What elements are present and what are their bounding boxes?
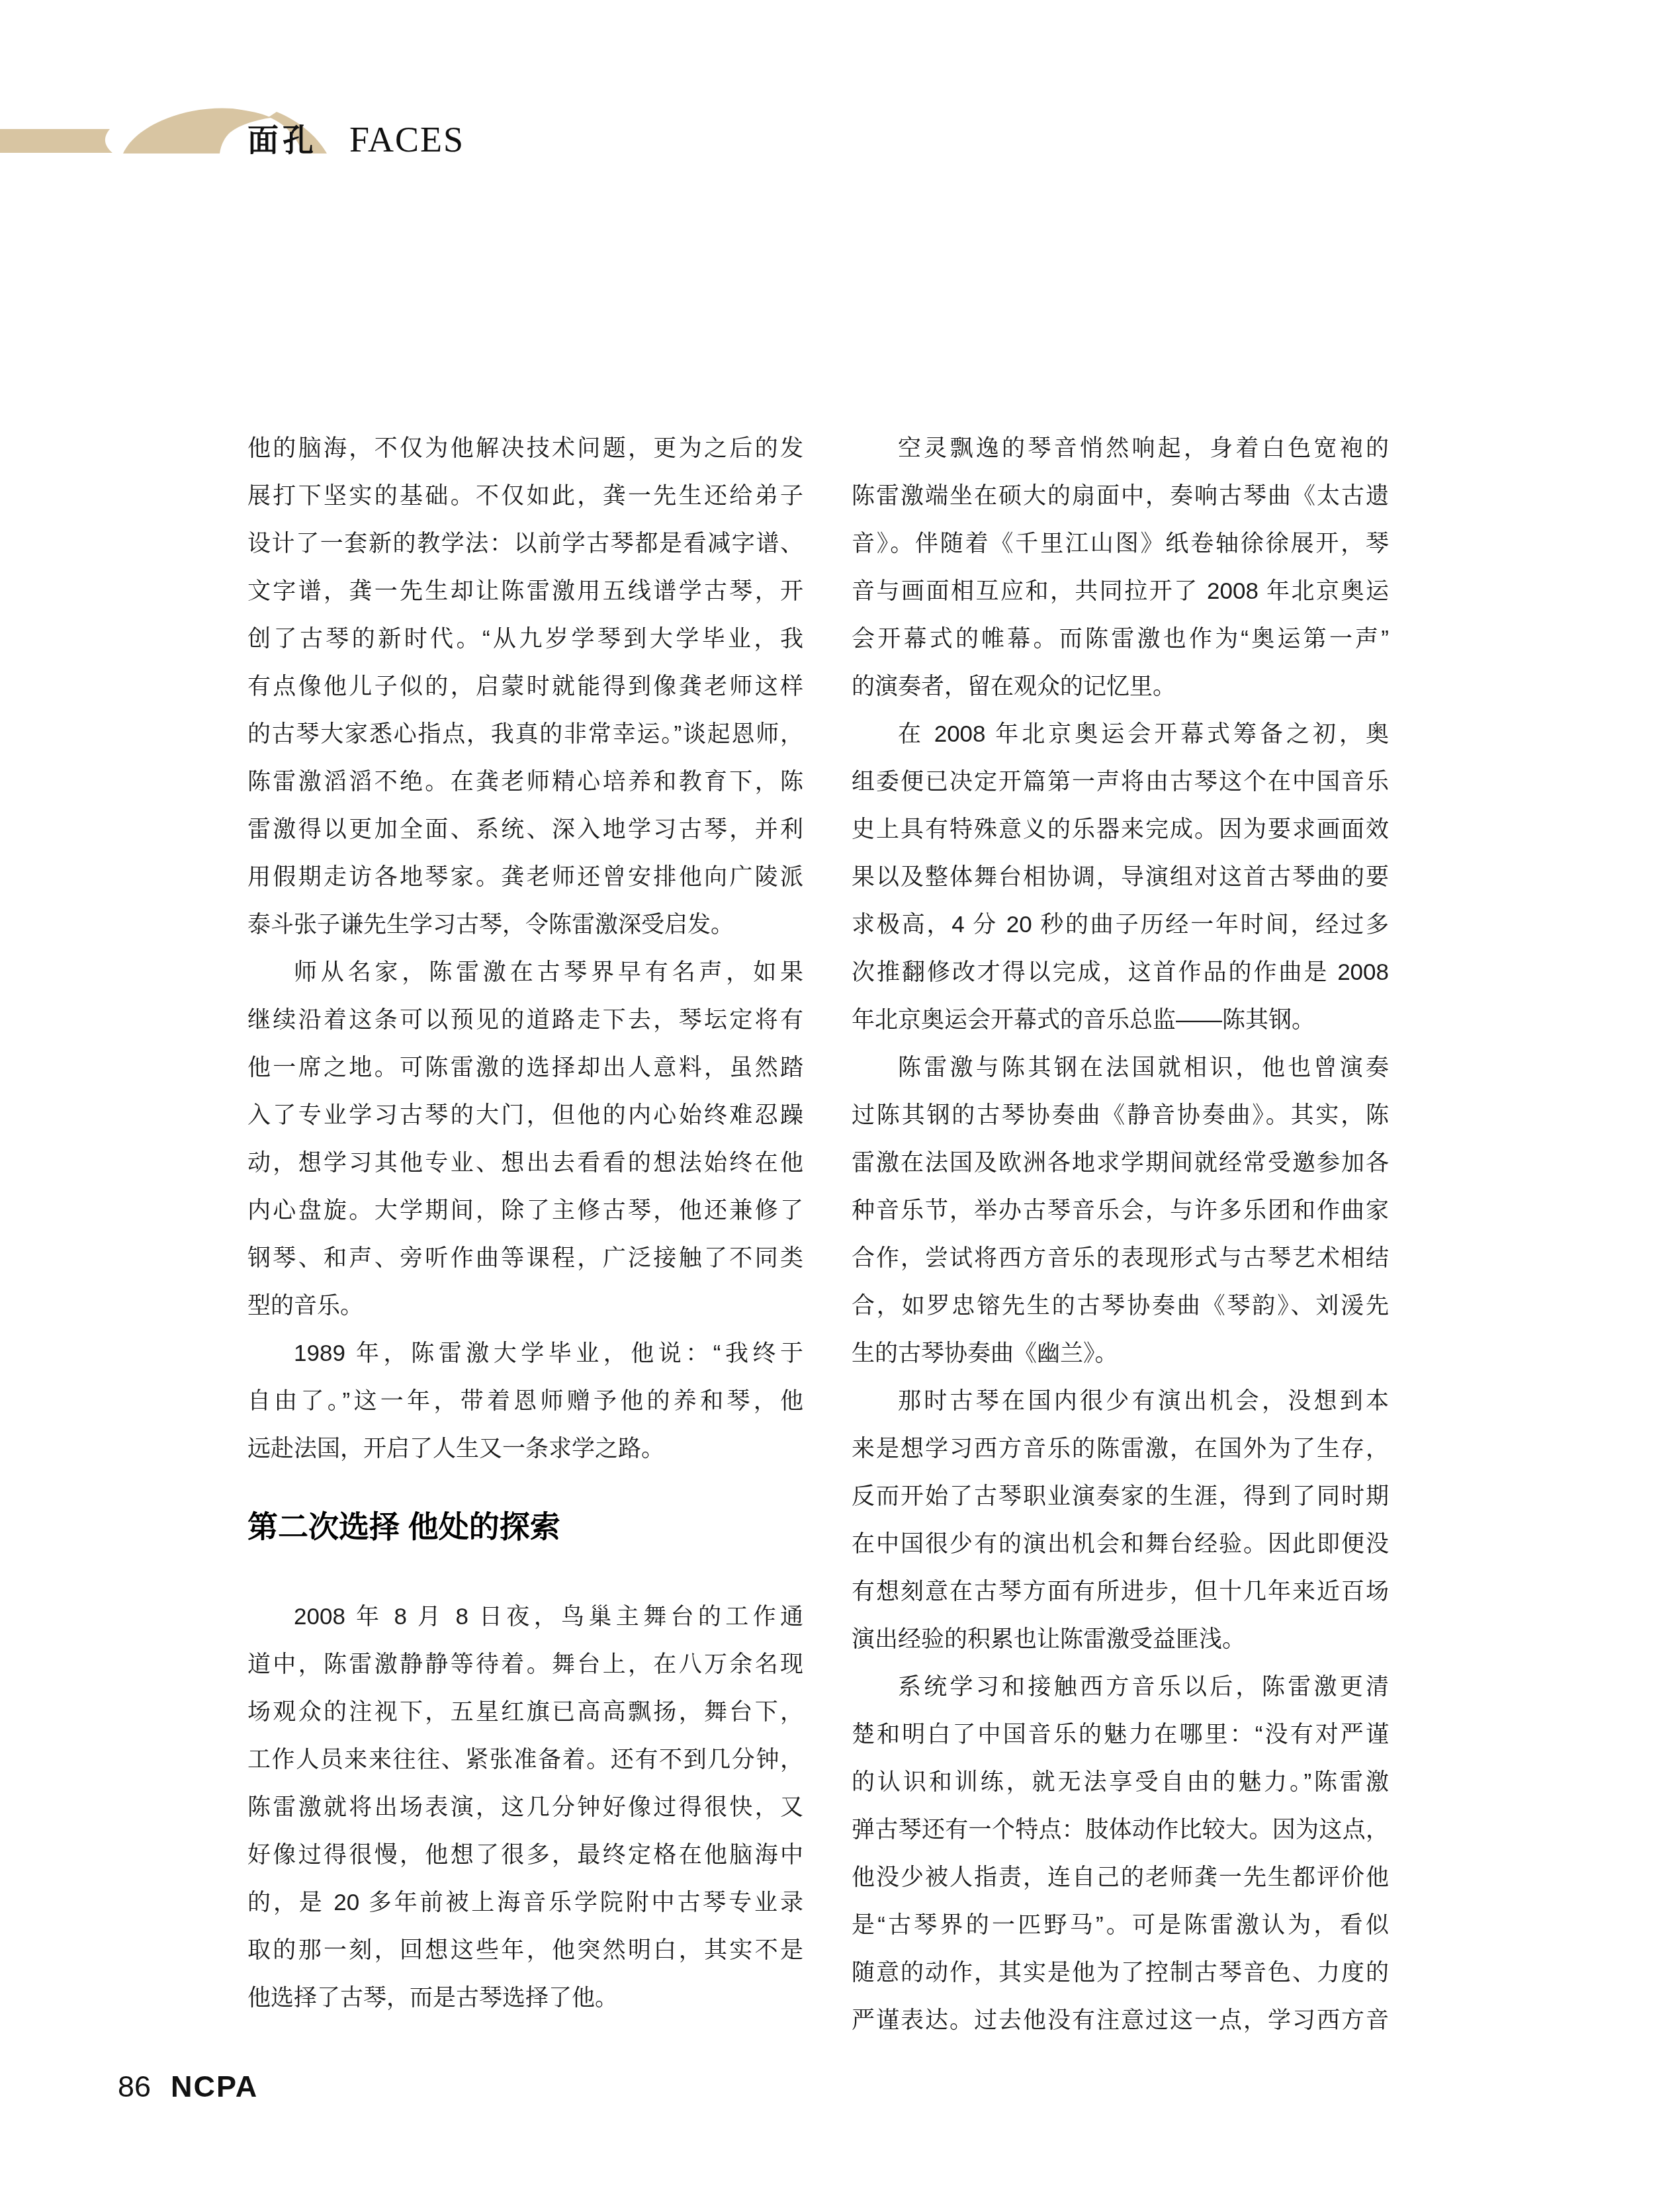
text-line: 设计了一套新的教学法：以前学古琴都是看减字谱、 (247, 520, 803, 568)
text-line: 的认识和训练，就无法享受自由的魅力。”陈雷激 (852, 1759, 1389, 1806)
section-heading: 第二次选择 他处的探索 (247, 1503, 803, 1550)
text-line: 过陈其钢的古琴协奏曲《静音协奏曲》。其实，陈 (852, 1092, 1389, 1139)
section-title-cn: 面孔 (247, 124, 318, 156)
text-line: 雷激在法国及欧洲各地求学期间就经常受邀参加各 (852, 1139, 1389, 1187)
text-line: 的古琴大家悉心指点，我真的非常幸运。”谈起恩师， (247, 711, 803, 758)
text-line: 陈雷激与陈其钢在法国就相识，他也曾演奏 (852, 1044, 1389, 1092)
text-line: 空灵飘逸的琴音悄然响起，身着白色宽袍的 (852, 425, 1389, 472)
text-line: 远赴法国，开启了人生又一条求学之路。 (247, 1425, 803, 1473)
text-line: 雷激得以更加全面、系统、深入地学习古琴，并利 (247, 806, 803, 853)
text-line: 弹古琴还有一个特点：肢体动作比较大。因为这点， (852, 1806, 1389, 1854)
text-line: 动，想学习其他专业、想出去看看的想法始终在他 (247, 1139, 803, 1187)
text-line: 陈雷激就将出场表演，这几分钟好像过得很快，又 (247, 1784, 803, 1831)
text-line: 那时古琴在国内很少有演出机会，没想到本 (852, 1378, 1389, 1425)
page-number: 86 (118, 2070, 151, 2104)
footer: 86 NCPA (118, 2070, 258, 2104)
text-line: 用假期走访各地琴家。龚老师还曾安排他向广陵派 (247, 853, 803, 901)
text-line: 1989 年，陈雷激大学毕业，他说：“我终于 (247, 1330, 803, 1378)
text-line: 入了专业学习古琴的大门，但他的内心始终难忍躁 (247, 1092, 803, 1139)
text-line: 展打下坚实的基础。不仅如此，龚一先生还给弟子 (247, 472, 803, 520)
text-line: 随意的动作，其实是他为了控制古琴音色、力度的 (852, 1949, 1389, 1997)
text-line: 工作人员来来往往、紧张准备着。还有不到几分钟， (247, 1736, 803, 1784)
text-line: 楚和明白了中国音乐的魅力在哪里：“没有对严谨 (852, 1711, 1389, 1759)
text-line: 在 2008 年北京奥运会开幕式筹备之初，奥 (852, 711, 1389, 758)
text-line: 有想刻意在古琴方面有所进步，但十几年来近百场 (852, 1568, 1389, 1616)
text-line: 师从名家，陈雷激在古琴界早有名声，如果 (247, 949, 803, 996)
text-line: 史上具有特殊意义的乐器来完成。因为要求画面效 (852, 806, 1389, 853)
text-line (247, 1473, 803, 1503)
text-line: 取的那一刻，回想这些年，他突然明白，其实不是 (247, 1927, 803, 1974)
text-line: 泰斗张子谦先生学习古琴，令陈雷激深受启发。 (247, 901, 803, 949)
text-line: 年北京奥运会开幕式的音乐总监——陈其钢。 (852, 996, 1389, 1044)
text-line: 自由了。”这一年，带着恩师赠予他的养和琴，他 (247, 1378, 803, 1425)
text-line: 严谨表达。过去他没有注意过这一点，学习西方音 (852, 1997, 1389, 2044)
text-line: 反而开始了古琴职业演奏家的生涯，得到了同时期 (852, 1473, 1389, 1520)
text-line: 2008 年 8 月 8 日夜，鸟巢主舞台的工作通 (247, 1593, 803, 1641)
text-line: 果以及整体舞台相协调，导演组对这首古琴曲的要 (852, 853, 1389, 901)
text-line: 合，如罗忠镕先生的古琴协奏曲《琴韵》、刘湲先 (852, 1282, 1389, 1330)
text-line: 场观众的注视下，五星红旗已高高飘扬，舞台下， (247, 1688, 803, 1736)
text-line: 内心盘旋。大学期间，除了主修古琴，他还兼修了 (247, 1187, 803, 1235)
right-column: 空灵飘逸的琴音悄然响起，身着白色宽袍的陈雷激端坐在硕大的扇面中，奏响古琴曲《太古… (852, 425, 1389, 2044)
text-line: 钢琴、和声、旁听作曲等课程，广泛接触了不同类 (247, 1235, 803, 1282)
text-line: 好像过得很慢，他想了很多，最终定格在他脑海中 (247, 1831, 803, 1879)
text-line (247, 1550, 803, 1593)
text-line: 演出经验的积累也让陈雷激受益匪浅。 (852, 1616, 1389, 1663)
text-line: 系统学习和接触西方音乐以后，陈雷激更清 (852, 1663, 1389, 1711)
text-line: 生的古琴协奏曲《幽兰》。 (852, 1330, 1389, 1378)
text-line: 文字谱，龚一先生却让陈雷激用五线谱学古琴，开 (247, 568, 803, 615)
text-line: 音》。伴随着《千里江山图》纸卷轴徐徐展开，琴 (852, 520, 1389, 568)
text-line: 继续沿着这条可以预见的道路走下去，琴坛定将有 (247, 996, 803, 1044)
text-line: 陈雷激端坐在硕大的扇面中，奏响古琴曲《太古遗 (852, 472, 1389, 520)
text-line: 创了古琴的新时代。“从九岁学琴到大学毕业，我 (247, 615, 803, 663)
text-line: 他选择了古琴，而是古琴选择了他。 (247, 1974, 803, 2022)
text-line: 组委便已决定开篇第一声将由古琴这个在中国音乐 (852, 758, 1389, 806)
header-bar-shape (0, 129, 112, 153)
text-line: 求极高，4 分 20 秒的曲子历经一年时间，经过多 (852, 901, 1389, 949)
left-column: 他的脑海，不仅为他解决技术问题，更为之后的发展打下坚实的基础。不仅如此，龚一先生… (247, 425, 803, 2022)
text-line: 种音乐节，举办古琴音乐会，与许多乐团和作曲家 (852, 1187, 1389, 1235)
text-line: 合作，尝试将西方音乐的表现形式与古琴艺术相结 (852, 1235, 1389, 1282)
text-line: 是“古琴界的一匹野马”。可是陈雷激认为，看似 (852, 1902, 1389, 1949)
text-line: 陈雷激滔滔不绝。在龚老师精心培养和教育下，陈 (247, 758, 803, 806)
text-line: 音与画面相互应和，共同拉开了 2008 年北京奥运 (852, 568, 1389, 615)
text-line: 次推翻修改才得以完成，这首作品的作曲是 2008 (852, 949, 1389, 996)
text-line: 会开幕式的帷幕。而陈雷激也作为“奥运第一声” (852, 615, 1389, 663)
text-line: 来是想学习西方音乐的陈雷激，在国外为了生存， (852, 1425, 1389, 1473)
text-line: 有点像他儿子似的，启蒙时就能得到像龚老师这样 (247, 663, 803, 711)
text-line: 他没少被人指责，连自己的老师龚一先生都评价他 (852, 1854, 1389, 1902)
text-line: 他一席之地。可陈雷激的选择却出人意料，虽然踏 (247, 1044, 803, 1092)
section-title-en: FACES (349, 122, 464, 157)
magazine-logo: NCPA (171, 2070, 258, 2104)
text-line: 在中国很少有的演出机会和舞台经验。因此即便没 (852, 1520, 1389, 1568)
text-line: 道中，陈雷激静静等待着。舞台上，在八万余名现 (247, 1641, 803, 1688)
text-line: 的，是 20 多年前被上海音乐学院附中古琴专业录 (247, 1879, 803, 1927)
text-line: 型的音乐。 (247, 1282, 803, 1330)
text-line: 的演奏者，留在观众的记忆里。 (852, 663, 1389, 711)
magazine-page: 面孔 FACES 他的脑海，不仅为他解决技术问题，更为之后的发展打下坚实的基础。… (0, 0, 1680, 2188)
text-line: 他的脑海，不仅为他解决技术问题，更为之后的发 (247, 425, 803, 472)
